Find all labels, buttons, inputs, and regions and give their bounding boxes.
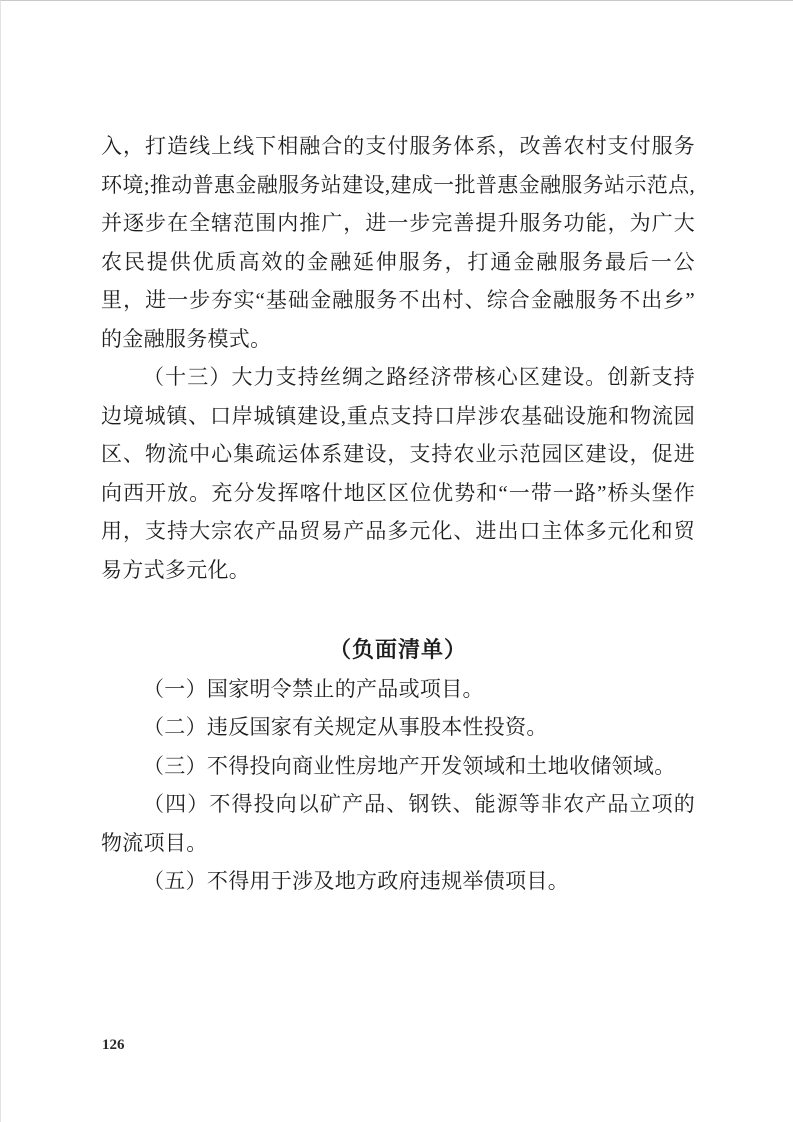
negative-list-item-2: （二）违反国家有关规定从事股本性投资。 bbox=[101, 708, 695, 747]
body-paragraph-continuation: 入，打造线上线下相融合的支付服务体系，改善农村支付服务环境;推动普惠金融服务站建… bbox=[101, 127, 695, 358]
negative-list-item-5: （五）不得用于涉及地方政府违规举债项目。 bbox=[101, 862, 695, 901]
negative-list-item-3: （三）不得投向商业性房地产开发领域和土地收储领域。 bbox=[101, 747, 695, 786]
negative-list: （一）国家明令禁止的产品或项目。 （二）违反国家有关规定从事股本性投资。 （三）… bbox=[101, 670, 695, 901]
page-number: 126 bbox=[102, 1037, 125, 1054]
document-page: 入，打造线上线下相融合的支付服务体系，改善农村支付服务环境;推动普惠金融服务站建… bbox=[0, 0, 793, 1122]
body-paragraph-article-13: （十三）大力支持丝绸之路经济带核心区建设。创新支持边境城镇、口岸城镇建设,重点支… bbox=[101, 358, 695, 589]
negative-list-item-4: （四）不得投向以矿产品、钢铁、能源等非农产品立项的物流项目。 bbox=[101, 785, 695, 862]
negative-list-item-1: （一）国家明令禁止的产品或项目。 bbox=[101, 670, 695, 709]
text-block: 入，打造线上线下相融合的支付服务体系，改善农村支付服务环境;推动普惠金融服务站建… bbox=[101, 127, 695, 901]
section-heading-negative-list: （负面清单） bbox=[101, 631, 695, 670]
